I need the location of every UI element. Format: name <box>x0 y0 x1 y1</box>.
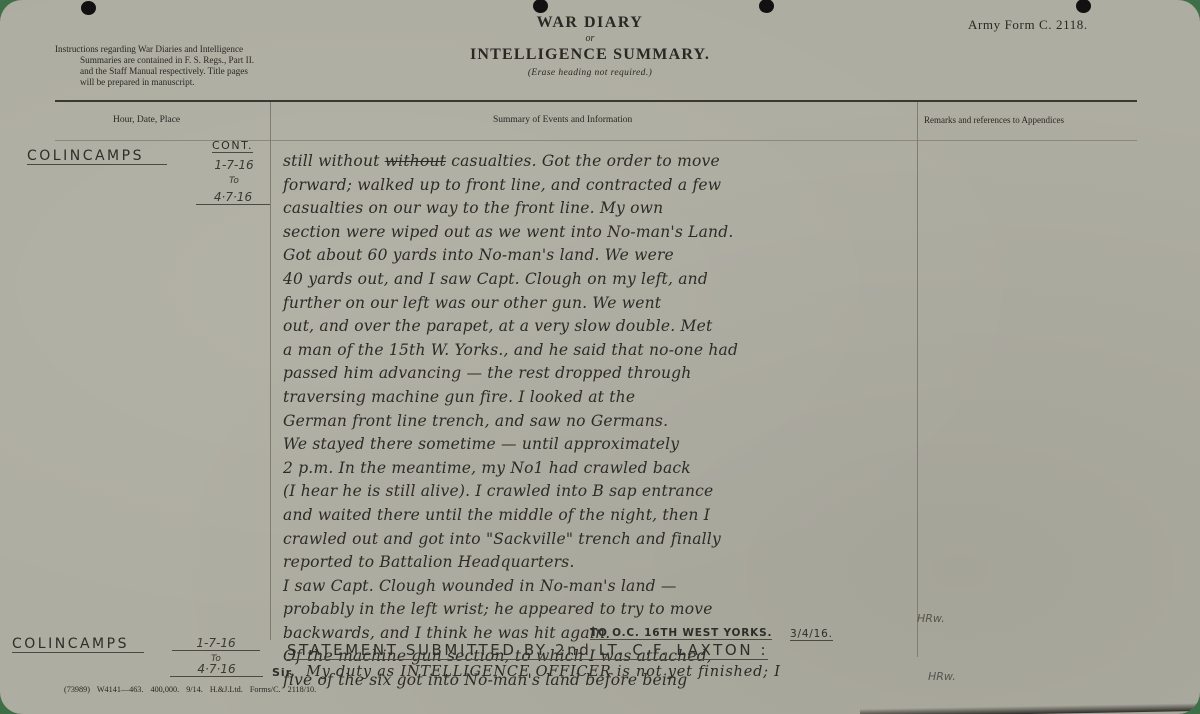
form-print-code: (73989) W4141—463. 400,000. 9/14. H.&J.L… <box>64 685 316 694</box>
narrative-line: I saw Capt. Clough wounded in No-man's l… <box>283 575 913 599</box>
narrative-line: 40 yards out, and I saw Capt. Clough on … <box>283 268 913 292</box>
instructions-line: Summaries are contained in F. S. Regs., … <box>55 55 345 66</box>
narrative-line: a man of the 15th W. Yorks., and he said… <box>283 339 913 363</box>
column-divider-right <box>917 102 918 657</box>
narrative-line: section were wiped out as we went into N… <box>283 221 913 245</box>
form-subtitle: INTELLIGENCE SUMMARY. <box>440 46 740 64</box>
entry-date-to: 4·7·16 <box>196 190 270 205</box>
instructions-line: Instructions regarding War Diaries and I… <box>55 44 345 55</box>
narrative-line: traversing machine gun fire. I looked at… <box>283 386 913 410</box>
form-title: WAR DIARY <box>440 14 740 32</box>
column-header-summary: Summary of Events and Information <box>493 115 632 125</box>
column-header-remarks: Remarks and references to Appendices <box>924 115 1064 125</box>
narrative-text-segment: casualties. Got the order to move <box>446 152 720 170</box>
narrative-line: Got about 60 yards into No-man's land. W… <box>283 244 913 268</box>
narrative-line: and waited there until the middle of the… <box>283 504 913 528</box>
punch-hole <box>1076 0 1091 13</box>
narrative-line: (I hear he is still alive). I crawled in… <box>283 480 913 504</box>
narrative-line: passed him advancing — the rest dropped … <box>283 362 913 386</box>
narrative-line: We stayed there sometime — until approxi… <box>283 433 913 457</box>
remarks-initials: HRw. <box>928 670 956 683</box>
entry-date-from: 1-7-16 <box>198 158 270 172</box>
entry-place: COLINCAMPS <box>12 636 144 653</box>
entry-place: COLINCAMPS <box>27 148 167 165</box>
narrative-line: 2 p.m. In the meantime, my No1 had crawl… <box>283 457 913 481</box>
narrative-line: crawled out and got into "Sackville" tre… <box>283 528 913 552</box>
entry-cont-label: CONT. <box>212 139 253 153</box>
form-title-or: or <box>440 33 740 44</box>
statement-heading: STATEMENT SUBMITTED BY 2nd LT. C.F. LAXT… <box>287 641 768 660</box>
salutation: Sir, <box>272 666 296 679</box>
punch-hole <box>533 0 548 13</box>
narrative-line: reported to Battalion Headquarters. <box>283 551 913 575</box>
entry-date-to: 4·7·16 <box>170 662 263 677</box>
narrative-line: out, and over the parapet, at a very slo… <box>283 315 913 339</box>
entry-date-from: 1-7-16 <box>172 636 260 651</box>
erase-note: (Erase heading not required.) <box>440 68 740 78</box>
war-diary-page: Instructions regarding War Diaries and I… <box>0 0 1200 714</box>
column-header-hour-date-place: Hour, Date, Place <box>113 115 180 125</box>
address-line: TO O.C. 16TH WEST YORKS. <box>590 627 772 640</box>
narrative-line: still without without casualties. Got th… <box>283 150 913 174</box>
narrative-line: probably in the left wrist; he appeared … <box>283 598 913 622</box>
header-rule <box>55 100 1137 102</box>
column-divider-left <box>270 102 271 640</box>
punch-hole <box>81 1 96 15</box>
instructions-line: and the Staff Manual respectively. Title… <box>55 66 345 77</box>
form-title-block: WAR DIARY or INTELLIGENCE SUMMARY. (Eras… <box>440 14 740 78</box>
instructions-line: will be prepared in manuscript. <box>55 77 345 88</box>
narrative-line: further on our left was our other gun. W… <box>283 292 913 316</box>
narrative-line: forward; walked up to front line, and co… <box>283 174 913 198</box>
form-number: Army Form C. 2118. <box>968 17 1088 33</box>
narrative-text-segment: still without <box>283 152 385 170</box>
entry-date-to-label: To <box>198 176 270 186</box>
address-date: 3/4/16. <box>790 628 833 641</box>
form-instructions: Instructions regarding War Diaries and I… <box>55 44 345 88</box>
statement-line: My duty as INTELLIGENCE OFFICER is not y… <box>306 664 781 680</box>
narrative-line: casualties on our way to the front line.… <box>283 197 913 221</box>
remarks-initials: HRw. <box>917 612 945 625</box>
struck-text: without <box>385 152 446 170</box>
page-edge-shadow <box>860 703 1200 714</box>
narrative-text: still without without casualties. Got th… <box>283 150 913 693</box>
narrative-line: German front line trench, and saw no Ger… <box>283 410 913 434</box>
punch-hole <box>759 0 774 13</box>
